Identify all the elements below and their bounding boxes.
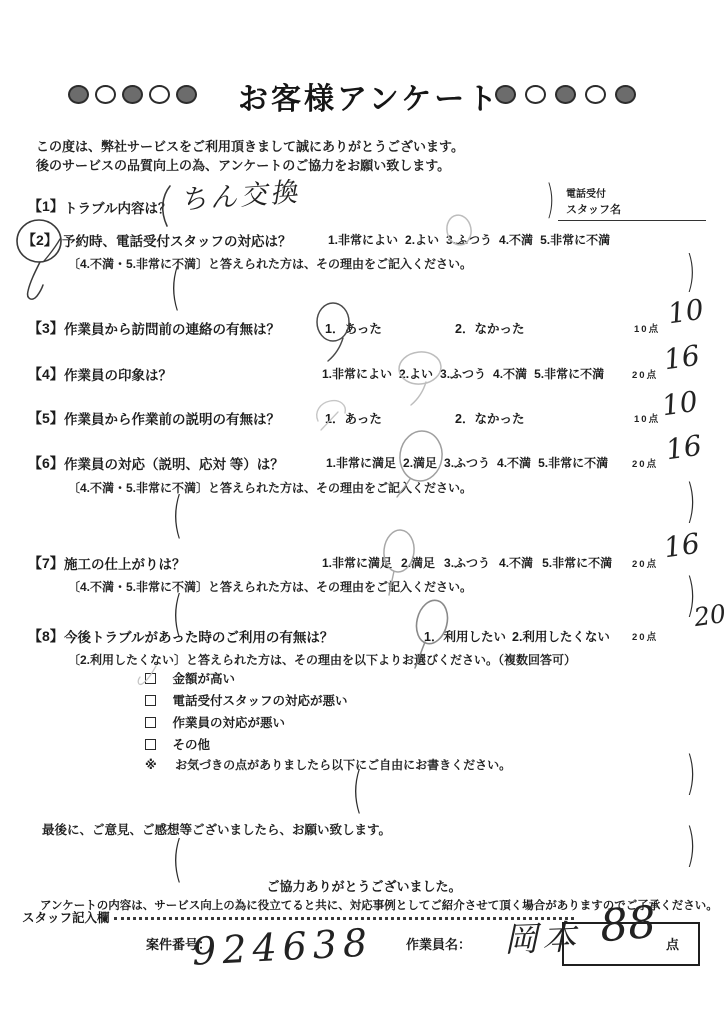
dot-filled-icon bbox=[495, 85, 516, 104]
q2-writein-bracket-left: ( bbox=[170, 262, 181, 312]
case-number-handwritten: 924638 bbox=[191, 923, 374, 970]
q8-note: 〔2.利用したくない〕と答えられた方は、その理由を以下よりお選びください。（複数… bbox=[68, 651, 576, 668]
q6-options: 1.非常に満足 2.満足 3.ふつう 4.不満 5.非常に不満 bbox=[326, 454, 608, 471]
checkbox-worker bbox=[145, 717, 156, 728]
q4-options: 1.非常によい 2.よい 3.ふつう 4.不満 5.非常に不満 bbox=[322, 365, 604, 382]
q4-text: 作業員の印象は？ bbox=[64, 364, 172, 384]
q1-text: トラブル内容は？ bbox=[64, 197, 171, 217]
header-dots-right bbox=[495, 85, 636, 104]
survey-page: お客様アンケート この度は、弊社サービスをご利用頂きまして誠にありがとうございま… bbox=[0, 0, 728, 1029]
q2-option-3: 3.ふつう bbox=[446, 231, 492, 248]
reason-label-worker: 作業員の対応が悪い bbox=[172, 716, 285, 730]
dot-filled-icon bbox=[68, 85, 89, 104]
q3-option-1: 1．あった bbox=[325, 319, 382, 337]
reason-label-phone-staff: 電話受付スタッフの対応が悪い bbox=[172, 694, 347, 708]
q5-points-label: 10点 bbox=[634, 411, 660, 425]
reason-row-phone-staff: 電話受付スタッフの対応が悪い bbox=[145, 691, 347, 709]
reason-label-other: その他 bbox=[172, 738, 210, 752]
dot-outline-icon bbox=[585, 85, 606, 104]
q5-score-handwritten: 10 bbox=[660, 388, 699, 421]
q2-option-2: 2.よい bbox=[405, 231, 439, 248]
free-note-row: ※ お気づきの点がありましたら以下にご自由にお書きください。 bbox=[145, 756, 511, 774]
q6-text: 作業員の対応（説明、応対 等）は？ bbox=[64, 453, 284, 473]
thanks-text: ご協力ありがとうございました。 bbox=[0, 876, 728, 895]
q4-option-5: 5.非常に不満 bbox=[534, 365, 604, 382]
header-dots-left bbox=[68, 85, 197, 104]
q5-number: 【5】 bbox=[28, 408, 64, 428]
q8-number: 【8】 bbox=[28, 626, 64, 646]
dot-filled-icon bbox=[122, 85, 143, 104]
q3-selected-circle-tail bbox=[328, 338, 343, 361]
q4-option-3: 3.ふつう bbox=[440, 365, 486, 382]
q4-option-2: 2.よい bbox=[399, 365, 433, 382]
q6-number: 【6】 bbox=[28, 453, 64, 473]
q7-options: 1.非常に満足 2.満足 3.ふつう 4.不満 5.非常に不満 bbox=[322, 554, 612, 571]
q1-number: 【1】 bbox=[28, 196, 64, 216]
q4-option-1: 1.非常によい bbox=[322, 365, 392, 382]
q7-option-5: 5.非常に不満 bbox=[542, 554, 612, 571]
checkbox-other bbox=[145, 739, 156, 750]
checkbox-phone-staff bbox=[145, 695, 156, 706]
staff-section-label: スタッフ記入欄 bbox=[22, 908, 110, 926]
q5-option-2: 2．なかった bbox=[455, 409, 524, 427]
final-writein-bracket-right: ) bbox=[686, 822, 696, 868]
q3-text: 作業員から訪問前の連絡の有無は？ bbox=[64, 318, 280, 338]
q7-option-2: 2.満足 bbox=[401, 554, 435, 571]
q2-text: 予約時、電話受付スタッフの対応は？ bbox=[62, 230, 292, 250]
q6-option-4: 4.不満 bbox=[497, 454, 531, 471]
final-request-text: 最後に、ご意見、ご感想等ございましたら、お願い致します。 bbox=[42, 820, 391, 838]
q8-score-handwritten: 20 bbox=[692, 601, 727, 630]
q4-selected-circle-tail bbox=[411, 382, 426, 405]
q3-number: 【3】 bbox=[28, 318, 64, 338]
q1-handwritten-answer: ちん交換 bbox=[179, 179, 301, 214]
q4-points-label: 20点 bbox=[632, 367, 658, 381]
free-note-mark: ※ bbox=[145, 758, 157, 772]
dot-outline-icon bbox=[525, 85, 546, 104]
reason-row-price: 金額が高い bbox=[145, 669, 235, 687]
q7-option-4: 4.不満 bbox=[499, 554, 533, 571]
q3-option-2: 2．なかった bbox=[455, 319, 524, 337]
q5-option-1: 1．あった bbox=[325, 409, 382, 427]
total-score-handwritten: 88 bbox=[598, 901, 658, 950]
worker-name-label: 作業員名： bbox=[406, 934, 471, 953]
dot-filled-icon bbox=[615, 85, 636, 104]
q2-number-circle-tail bbox=[28, 262, 43, 299]
q7-number: 【7】 bbox=[28, 553, 64, 573]
q6-points-label: 20点 bbox=[632, 456, 658, 470]
q7-note: 〔4.不満・5.非常に不満〕と答えられた方は、その理由をご記入ください。 bbox=[68, 578, 472, 595]
score-unit-label: 点 bbox=[666, 934, 679, 953]
q5-text: 作業員から作業前の説明の有無は？ bbox=[64, 408, 280, 428]
q8-writein-bracket-left: ( bbox=[352, 765, 363, 815]
q2-option-4: 4.不満 bbox=[499, 231, 533, 248]
q4-number: 【4】 bbox=[28, 364, 64, 384]
q2-option-1: 1.非常によい bbox=[328, 231, 398, 248]
q2-note: 〔4.不満・5.非常に不満〕と答えられた方は、その理由をご記入ください。 bbox=[68, 255, 472, 272]
intro-line1: この度は、弊社サービスをご利用頂きまして誠にありがとうございます。 bbox=[36, 137, 464, 156]
q6-option-3: 3.ふつう bbox=[444, 454, 490, 471]
q3-score-handwritten: 10 bbox=[666, 296, 705, 329]
q2-writein-bracket-right: ) bbox=[686, 250, 695, 294]
q2-option-5: 5.非常に不満 bbox=[540, 231, 610, 248]
intro-text: この度は、弊社サービスをご利用頂きまして誠にありがとうございます。 後のサービス… bbox=[36, 137, 464, 175]
staff-name-line bbox=[558, 220, 706, 221]
staff-ref-line1: 電話受付 bbox=[566, 185, 606, 200]
q7-text: 施工の仕上がりは？ bbox=[64, 553, 186, 573]
staff-ref-bracket: ) bbox=[546, 180, 555, 220]
reason-row-worker: 作業員の対応が悪い bbox=[145, 713, 285, 731]
q8-text: 今後トラブルがあった時のご利用の有無は？ bbox=[64, 626, 333, 646]
q7-option-1: 1.非常に満足 bbox=[322, 554, 392, 571]
q8-writein-bracket-right: ) bbox=[686, 750, 696, 796]
q8-points-label: 20点 bbox=[632, 629, 658, 643]
q6-option-5: 5.非常に不満 bbox=[538, 454, 608, 471]
q6-score-handwritten: 16 bbox=[664, 432, 703, 465]
q7-option-3: 3.ふつう bbox=[444, 554, 490, 571]
q6-writein-bracket-right: ) bbox=[686, 478, 696, 524]
q7-points-label: 20点 bbox=[632, 556, 658, 570]
q7-score-handwritten: 16 bbox=[662, 530, 701, 563]
q6-note: 〔4.不満・5.非常に不満〕と答えられた方は、その理由をご記入ください。 bbox=[68, 479, 472, 496]
dot-outline-icon bbox=[95, 85, 116, 104]
q2-options: 1.非常によい 2.よい 3.ふつう 4.不満 5.非常に不満 bbox=[328, 231, 610, 248]
q4-option-4: 4.不満 bbox=[493, 365, 527, 382]
free-note-text: お気づきの点がありましたら以下にご自由にお書きください。 bbox=[175, 758, 511, 772]
checkbox-price bbox=[145, 673, 156, 684]
dot-filled-icon bbox=[176, 85, 197, 104]
reason-label-price: 金額が高い bbox=[172, 672, 235, 686]
q6-option-1: 1.非常に満足 bbox=[326, 454, 396, 471]
q8-option-2: 2.利用したくない bbox=[512, 627, 610, 645]
intro-line2: 後のサービスの品質向上の為、アンケートのご協力をお願い致します。 bbox=[36, 156, 464, 175]
staff-ref-line2: スタッフ名 bbox=[566, 201, 621, 217]
q2-number: 【2】 bbox=[22, 230, 58, 250]
reason-row-other: その他 bbox=[145, 735, 210, 753]
q8-option-1: 1．利用したい bbox=[424, 627, 506, 645]
dot-filled-icon bbox=[555, 85, 576, 104]
q3-points-label: 10点 bbox=[634, 321, 660, 335]
q6-option-2: 2.満足 bbox=[403, 454, 437, 471]
q4-score-handwritten: 16 bbox=[662, 342, 701, 375]
page-title: お客様アンケート bbox=[238, 74, 500, 118]
dot-outline-icon bbox=[149, 85, 170, 104]
q6-writein-bracket-left: ( bbox=[172, 490, 183, 540]
